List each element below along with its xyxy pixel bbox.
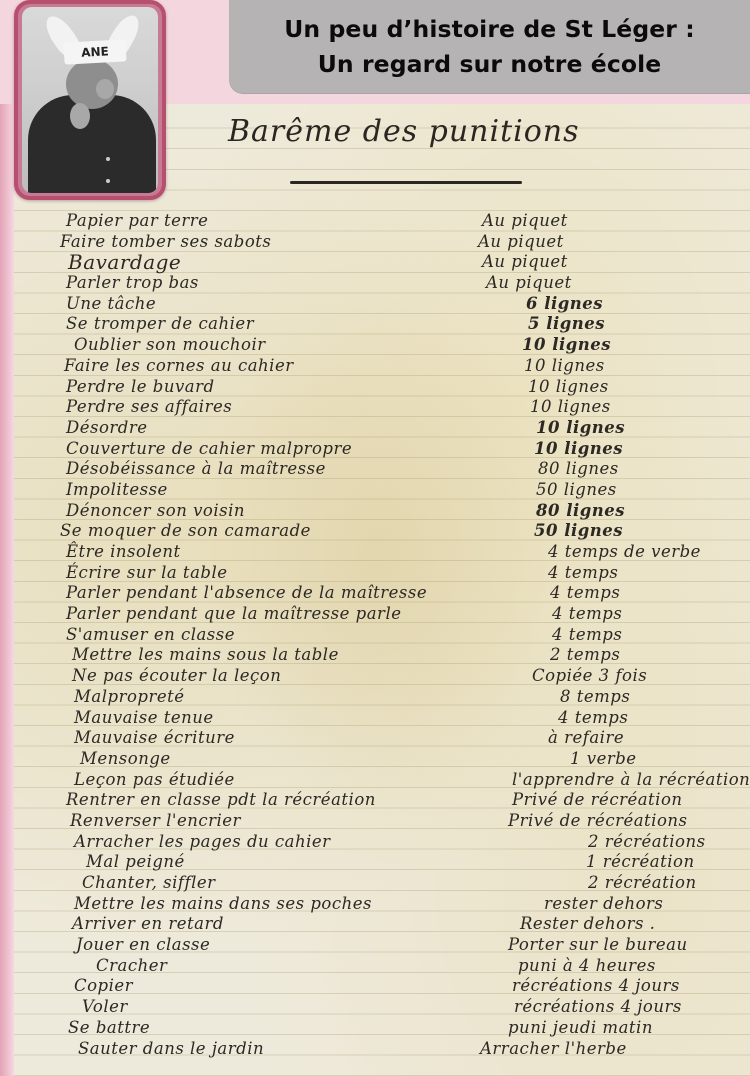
table-row: Désobéissance à la maîtresse80 lignes [0, 459, 750, 480]
table-row: Ne pas écouter la leçonCopiée 3 fois [0, 666, 750, 687]
table-row: Cracherpuni à 4 heures [0, 956, 750, 977]
penalty-text: 2 récréation [588, 873, 697, 893]
penalty-text: Arracher l'herbe [480, 1039, 627, 1059]
penalty-text: Privé de récréation [512, 790, 683, 810]
table-row: Couverture de cahier malpropre10 lignes [0, 439, 750, 460]
title-box: Un peu d’histoire de St Léger : Un regar… [229, 0, 750, 93]
penalty-text: Copiée 3 fois [532, 666, 647, 686]
button-dot [106, 157, 110, 161]
offense-text: Faire tomber ses sabots [60, 232, 271, 252]
penalty-text: 10 lignes [524, 356, 605, 376]
offense-text: Perdre ses affaires [66, 397, 232, 417]
table-row: Rentrer en classe pdt la récréationPrivé… [0, 790, 750, 811]
page-title-line-1: Un peu d’histoire de St Léger : [284, 12, 695, 47]
table-row: Jouer en classePorter sur le bureau [0, 935, 750, 956]
penalty-text: l'apprendre à la récréation [512, 770, 750, 790]
table-row: Mensonge1 verbe [0, 749, 750, 770]
offense-text: S'amuser en classe [66, 625, 235, 645]
penalty-text: récréations 4 jours [512, 976, 680, 996]
offense-text: Perdre le buvard [66, 377, 215, 397]
penalty-text: 4 temps de verbe [548, 542, 701, 562]
button-dot [106, 179, 110, 183]
offense-text: Leçon pas étudiée [74, 770, 235, 790]
penalty-text: puni jeudi matin [508, 1018, 653, 1038]
penalty-text: 5 lignes [528, 314, 605, 334]
offense-text: Renverser l'encrier [70, 811, 241, 831]
offense-text: Ne pas écouter la leçon [72, 666, 281, 686]
table-row: S'amuser en classe4 temps [0, 625, 750, 646]
table-row: Mauvaise écritureà refaire [0, 728, 750, 749]
offense-text: Mauvaise écriture [74, 728, 235, 748]
table-row: Mauvaise tenue4 temps [0, 708, 750, 729]
offense-text: Se moquer de son camarade [60, 521, 311, 541]
penalty-text: Rester dehors . [520, 914, 655, 934]
offense-text: Chanter, siffler [82, 873, 216, 893]
penalty-text: Au piquet [482, 211, 568, 231]
penalty-text: 10 lignes [530, 397, 611, 417]
table-row: Arriver en retardRester dehors . [0, 914, 750, 935]
offense-text: Voler [82, 997, 128, 1017]
table-row: BavardageAu piquet [0, 252, 750, 273]
penalty-text: 10 lignes [536, 418, 625, 438]
table-row: Parler pendant que la maîtresse parle4 t… [0, 604, 750, 625]
penalty-text: 4 temps [550, 583, 620, 603]
table-row: Être insolent4 temps de verbe [0, 542, 750, 563]
offense-text: Mauvaise tenue [74, 708, 214, 728]
offense-text: Bavardage [68, 252, 181, 272]
offense-text: Écrire sur la table [66, 563, 228, 583]
penalty-text: 10 lignes [528, 377, 609, 397]
offense-text: Une tâche [66, 294, 156, 314]
penalty-text: 10 lignes [534, 439, 623, 459]
table-row: Leçon pas étudiéel'apprendre à la récréa… [0, 770, 750, 791]
table-row: Renverser l'encrierPrivé de récréations [0, 811, 750, 832]
offense-text: Parler pendant l'absence de la maîtresse [66, 583, 427, 603]
table-row: Faire les cornes au cahier10 lignes [0, 356, 750, 377]
penalty-text: 2 récréations [588, 832, 706, 852]
photo-frame: ANE [14, 0, 166, 200]
table-row: Se battrepuni jeudi matin [0, 1018, 750, 1039]
table-row: Perdre le buvard10 lignes [0, 377, 750, 398]
penalty-text: 80 lignes [538, 459, 619, 479]
table-row: Parler trop basAu piquet [0, 273, 750, 294]
offense-text: Se battre [68, 1018, 150, 1038]
offense-text: Parler trop bas [66, 273, 199, 293]
table-row: Se moquer de son camarade50 lignes [0, 521, 750, 542]
offense-text: Désobéissance à la maîtresse [66, 459, 326, 479]
penalty-text: 4 temps [548, 563, 618, 583]
table-row: Malpropreté8 temps [0, 687, 750, 708]
offense-text: Mal peigné [86, 852, 185, 872]
penalty-text: Au piquet [478, 232, 564, 252]
offense-text: Arriver en retard [72, 914, 224, 934]
offense-text: Mensonge [80, 749, 171, 769]
penalty-text: Au piquet [486, 273, 572, 293]
offense-text: Jouer en classe [76, 935, 210, 955]
table-row: Écrire sur la table4 temps [0, 563, 750, 584]
table-row: Dénoncer son voisin80 lignes [0, 501, 750, 522]
offense-text: Dénoncer son voisin [66, 501, 245, 521]
penalty-text: rester dehors [544, 894, 663, 914]
offense-text: Oublier son mouchoir [74, 335, 266, 355]
penalty-text: 8 temps [560, 687, 630, 707]
penalty-text: 1 récréation [586, 852, 695, 872]
title-underline [290, 181, 522, 184]
offense-text: Impolitesse [66, 480, 168, 500]
table-row: Mettre les mains sous la table2 temps [0, 645, 750, 666]
penalty-text: 80 lignes [536, 501, 625, 521]
table-row: Parler pendant l'absence de la maîtresse… [0, 583, 750, 604]
penalty-text: puni à 4 heures [518, 956, 656, 976]
boy-hand [70, 103, 90, 129]
offense-text: Cracher [96, 956, 167, 976]
penalty-text: 1 verbe [570, 749, 637, 769]
penalty-text: à refaire [548, 728, 624, 748]
penalty-text: 4 temps [552, 625, 622, 645]
offense-text: Arracher les pages du cahier [74, 832, 331, 852]
boy-hand [96, 79, 114, 99]
table-row: Mal peigné1 récréation [0, 852, 750, 873]
penalty-text: 50 lignes [534, 521, 623, 541]
table-row: Mettre les mains dans ses pochesrester d… [0, 894, 750, 915]
penalty-text: récréations 4 jours [514, 997, 682, 1017]
punishment-list: Papier par terreAu piquetFaire tomber se… [0, 211, 750, 1059]
offense-text: Couverture de cahier malpropre [66, 439, 352, 459]
page-title-line-2: Un regard sur notre école [318, 47, 662, 82]
offense-text: Mettre les mains dans ses poches [74, 894, 372, 914]
dunce-cap-label: ANE [63, 39, 126, 64]
table-row: Désordre10 lignes [0, 418, 750, 439]
boy-body [28, 95, 156, 193]
table-row: Volerrécréations 4 jours [0, 997, 750, 1018]
table-row: Chanter, siffler2 récréation [0, 873, 750, 894]
table-row: Impolitesse50 lignes [0, 480, 750, 501]
offense-text: Faire les cornes au cahier [64, 356, 294, 376]
sheet-title: Barême des punitions [228, 114, 580, 149]
penalty-text: Au piquet [482, 252, 568, 272]
offense-text: Être insolent [66, 542, 181, 562]
penalty-text: 10 lignes [522, 335, 611, 355]
penalty-text: 4 temps [552, 604, 622, 624]
offense-text: Rentrer en classe pdt la récréation [66, 790, 376, 810]
table-row: Une tâche6 lignes [0, 294, 750, 315]
table-row: Sauter dans le jardinArracher l'herbe [0, 1039, 750, 1060]
penalty-text: 4 temps [558, 708, 628, 728]
table-row: Papier par terreAu piquet [0, 211, 750, 232]
penalty-text: Privé de récréations [508, 811, 688, 831]
offense-text: Sauter dans le jardin [78, 1039, 264, 1059]
offense-text: Mettre les mains sous la table [72, 645, 339, 665]
table-row: Copierrécréations 4 jours [0, 976, 750, 997]
offense-text: Copier [74, 976, 133, 996]
offense-text: Désordre [66, 418, 148, 438]
offense-text: Parler pendant que la maîtresse parle [66, 604, 402, 624]
penalty-text: 50 lignes [536, 480, 617, 500]
penalty-text: 2 temps [550, 645, 620, 665]
penalty-text: 6 lignes [526, 294, 603, 314]
offense-text: Malpropreté [74, 687, 185, 707]
table-row: Se tromper de cahier5 lignes [0, 314, 750, 335]
table-row: Perdre ses affaires10 lignes [0, 397, 750, 418]
offense-text: Papier par terre [66, 211, 208, 231]
offense-text: Se tromper de cahier [66, 314, 254, 334]
dunce-cap-boy-photo: ANE [22, 7, 158, 193]
penalty-text: Porter sur le bureau [508, 935, 688, 955]
table-row: Faire tomber ses sabotsAu piquet [0, 232, 750, 253]
table-row: Oublier son mouchoir10 lignes [0, 335, 750, 356]
table-row: Arracher les pages du cahier2 récréation… [0, 832, 750, 853]
